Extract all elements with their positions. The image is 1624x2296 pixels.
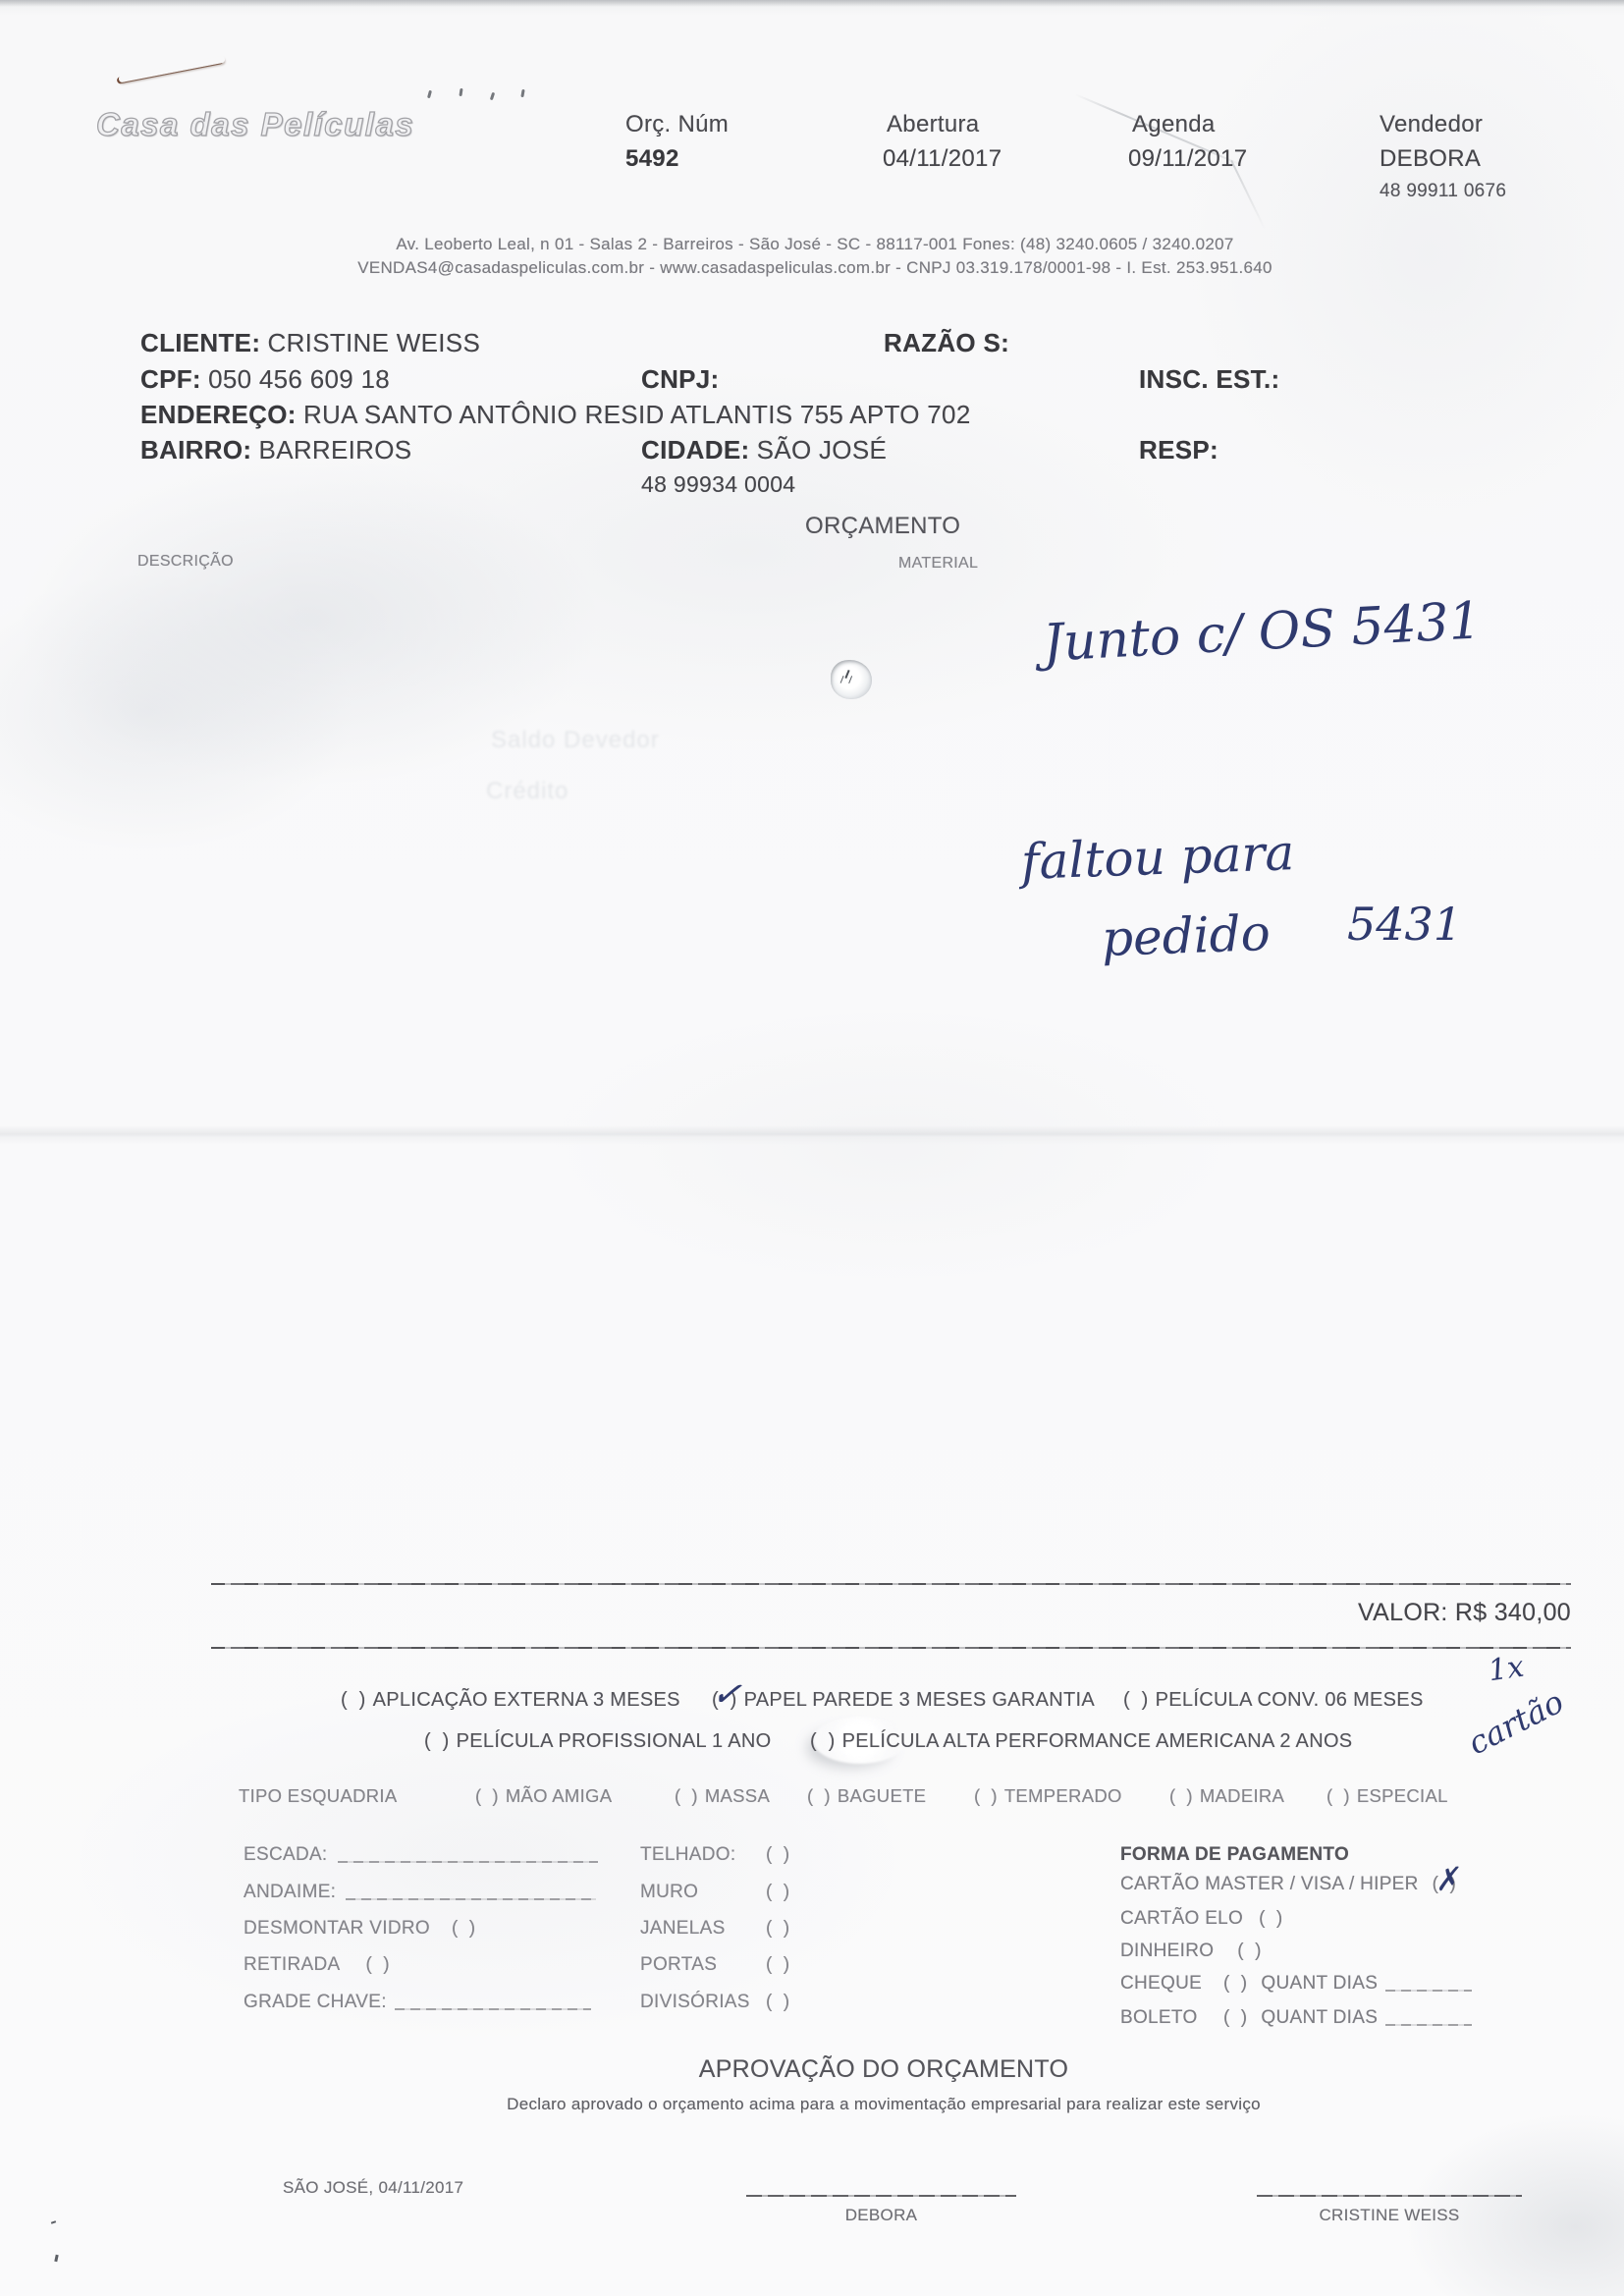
esquadria-mao-amiga: ( )MÃO AMIGA	[475, 1785, 612, 1806]
quant-dias-label: QUANT DIAS	[1261, 2007, 1378, 2029]
boleto-label: BOLETO	[1120, 2007, 1223, 2029]
esquadria-label: TEMPERADO	[1004, 1785, 1122, 1806]
staple-hole-mark	[427, 90, 432, 99]
form-desmontar-vidro: DESMONTAR VIDRO ( )	[244, 1918, 475, 1940]
agenda-value: 09/11/2017	[1128, 145, 1247, 173]
esquadria-especial: ( )ESPECIAL	[1326, 1785, 1448, 1806]
endereco-value: RUA SANTO ANTÔNIO RESID ATLANTIS 755 APT…	[303, 400, 971, 429]
form-retirada: RETIRADA ( )	[244, 1954, 390, 1976]
orcamento-title: ORÇAMENTO	[805, 513, 960, 540]
janelas-label: JANELAS	[640, 1918, 766, 1940]
checkbox: ( )	[675, 1785, 698, 1806]
checkbox: ( )	[766, 1844, 789, 1866]
valor-total: VALOR: R$ 340,00	[982, 1599, 1571, 1627]
handwritten-note-faltou: faltou para	[1020, 828, 1295, 887]
paper-speck	[54, 2255, 58, 2262]
agenda-label: Agenda	[1132, 111, 1216, 138]
dinheiro-label: DINHEIRO	[1120, 1941, 1214, 1962]
cpf-value: 050 456 609 18	[208, 364, 390, 394]
esquadria-label: MADEIRA	[1200, 1785, 1284, 1806]
option-label: APLICAÇÃO EXTERNA 3 MESES	[373, 1689, 680, 1712]
staple-hole-mark	[520, 89, 524, 97]
staple-hole-mark	[490, 92, 495, 101]
option-pelicula-alta-performance: ( ) PELÍCULA ALTA PERFORMANCE AMERICANA …	[810, 1730, 1352, 1753]
bairro-value: BARREIROS	[259, 435, 412, 465]
signature-line-vendedor	[746, 2195, 1016, 2197]
checkbox: ( )	[974, 1785, 998, 1806]
scanned-budget-document: Casa das Películas Orç. Núm 5492 Abertur…	[0, 0, 1624, 2296]
signature-name-vendedor: DEBORA	[746, 2206, 1016, 2225]
cliente-label: CLIENTE:	[140, 328, 260, 357]
signature-name-cliente: CRISTINE WEISS	[1257, 2206, 1522, 2225]
esquadria-label: MASSA	[705, 1785, 770, 1806]
option-label: PAPEL PAREDE 3 MESES GARANTIA	[744, 1689, 1095, 1712]
esquadria-label: ESPECIAL	[1357, 1785, 1448, 1806]
checkbox: ( )	[810, 1730, 836, 1753]
quant-dias-label: QUANT DIAS	[1261, 1973, 1378, 1995]
checkbox: ( )	[424, 1730, 450, 1753]
option-label: PELÍCULA ALTA PERFORMANCE AMERICANA 2 AN…	[842, 1730, 1353, 1753]
client-bairro-field: BAIRRO: BARREIROS	[140, 436, 411, 465]
cidade-value: SÃO JOSÉ	[757, 435, 887, 465]
paper-fold-line	[0, 1125, 1624, 1145]
form-janelas: JANELAS ( )	[640, 1918, 789, 1940]
abertura-value: 04/11/2017	[883, 145, 1001, 173]
checkbox: ( )	[766, 1954, 789, 1976]
form-divisorias: DIVISÓRIAS ( )	[640, 1992, 789, 2013]
handwritten-note-order-number: 5431	[1347, 902, 1462, 947]
quant-dias-blank-line	[1385, 1990, 1472, 1992]
endereco-label: ENDEREÇO:	[140, 400, 297, 429]
option-aplicacao-externa: ( ) APLICAÇÃO EXTERNA 3 MESES	[341, 1689, 680, 1712]
form-grade-chave: GRADE CHAVE:	[244, 1992, 591, 2013]
checkbox: ( )	[1237, 1941, 1261, 1962]
payment-cheque: CHEQUE ( ) QUANT DIAS	[1120, 1973, 1472, 1995]
esquadria-massa: ( )MASSA	[675, 1785, 770, 1806]
handwritten-note-pedido: pedido	[1101, 908, 1271, 963]
cnpj-label: CNPJ:	[641, 365, 720, 395]
payment-cartao-master: CARTÃO MASTER / VISA / HIPER ( )✗	[1120, 1874, 1456, 1895]
payment-dinheiro: DINHEIRO ( )	[1120, 1941, 1262, 1962]
checkbox: ( )	[1326, 1785, 1350, 1806]
cpf-label: CPF:	[140, 364, 201, 394]
client-address-field: ENDEREÇO: RUA SANTO ANTÔNIO RESID ATLANT…	[140, 401, 971, 430]
esquadria-temperado: ( )TEMPERADO	[974, 1785, 1122, 1806]
insc-est-label: INSC. EST.:	[1139, 365, 1279, 395]
cartao-elo-label: CARTÃO ELO	[1120, 1908, 1243, 1930]
paper-top-edge-shadow	[0, 0, 1624, 7]
checkbox: ( )	[452, 1918, 475, 1940]
andaime-blank-line	[346, 1898, 596, 1900]
material-column-header: MATERIAL	[898, 555, 978, 573]
client-cpf-field: CPF: 050 456 609 18	[140, 365, 390, 395]
abertura-label: Abertura	[887, 111, 979, 138]
razao-label: RAZÃO S:	[884, 329, 1009, 358]
andaime-label: ANDAIME:	[244, 1882, 336, 1903]
descricao-column-header: DESCRIÇÃO	[137, 553, 234, 571]
portas-label: PORTAS	[640, 1954, 766, 1976]
option-label: PELÍCULA PROFISSIONAL 1 ANO	[457, 1730, 772, 1753]
checkbox-marked: ( )✗	[1433, 1874, 1456, 1895]
ghost-text-credito: Crédito	[486, 778, 568, 805]
muro-label: MURO	[640, 1882, 766, 1903]
esquadria-baguete: ( )BAGUETE	[807, 1785, 926, 1806]
checkbox: ( )	[766, 1992, 789, 2013]
client-phone: 48 99934 0004	[641, 471, 795, 497]
checkbox: ( )	[475, 1785, 499, 1806]
cartao-master-label: CARTÃO MASTER / VISA / HIPER	[1120, 1874, 1419, 1895]
esquadria-label: BAGUETE	[838, 1785, 927, 1806]
grade-chave-label: GRADE CHAVE:	[244, 1992, 387, 2013]
telhado-label: TELHADO:	[640, 1844, 766, 1866]
form-telhado: TELHADO: ( )	[640, 1844, 789, 1866]
horizontal-rule-top	[211, 1583, 1571, 1585]
grade-chave-blank-line	[395, 2008, 591, 2010]
escada-blank-line	[338, 1861, 598, 1863]
option-pelicula-conv: ( ) PELÍCULA CONV. 06 MESES	[1123, 1689, 1424, 1712]
form-andaime: ANDAIME:	[244, 1882, 596, 1903]
paper-speck	[51, 2220, 56, 2224]
aprovacao-title: APROVAÇÃO DO ORÇAMENTO	[393, 2055, 1375, 2084]
checkbox: ( )	[1169, 1785, 1193, 1806]
city-date: SÃO JOSÉ, 04/11/2017	[283, 2178, 463, 2198]
esquadria-madeira: ( )MADEIRA	[1169, 1785, 1284, 1806]
horizontal-rule-bottom	[211, 1647, 1571, 1649]
tipo-esquadria-label: TIPO ESQUADRIA	[239, 1785, 397, 1806]
form-muro: MURO ( )	[640, 1882, 789, 1903]
handwritten-qty: 1x	[1487, 1653, 1526, 1687]
esquadria-label: MÃO AMIGA	[506, 1785, 613, 1806]
option-label: PELÍCULA CONV. 06 MESES	[1156, 1689, 1424, 1712]
checkbox: ( )	[766, 1918, 789, 1940]
vendedor-value: DEBORA	[1380, 145, 1481, 173]
checkbox: ( )	[1123, 1689, 1149, 1712]
cheque-label: CHEQUE	[1120, 1973, 1223, 1995]
escada-label: ESCADA:	[244, 1844, 328, 1866]
signature-line-cliente	[1257, 2195, 1522, 2197]
checkbox: ( )	[1223, 2007, 1247, 2029]
bairro-label: BAIRRO:	[140, 435, 251, 465]
payment-cartao-elo: CARTÃO ELO ( )	[1120, 1908, 1283, 1930]
checkbox: ( )	[807, 1785, 831, 1806]
staple-hole-mark	[459, 88, 462, 96]
resp-label: RESP:	[1139, 436, 1218, 465]
vendedor-label: Vendedor	[1380, 111, 1483, 138]
company-address-line2: VENDAS4@casadaspeliculas.com.br - www.ca…	[177, 258, 1453, 278]
option-pelicula-profissional: ( ) PELÍCULA PROFISSIONAL 1 ANO	[424, 1730, 771, 1753]
checkbox-checked: ( )✓	[712, 1689, 737, 1712]
orc-num-value: 5492	[625, 145, 679, 173]
aprovacao-declaration: Declaro aprovado o orçamento acima para …	[393, 2095, 1375, 2114]
cliente-value: CRISTINE WEISS	[268, 328, 481, 357]
checkbox: ( )	[341, 1689, 366, 1712]
ghost-text-saldo: Saldo Devedor	[491, 727, 660, 754]
staple	[118, 56, 225, 83]
checkbox: ( )	[365, 1954, 389, 1976]
retirada-label: RETIRADA	[244, 1954, 340, 1976]
payment-boleto: BOLETO ( ) QUANT DIAS	[1120, 2007, 1472, 2029]
handwritten-cartao: cartão	[1463, 1685, 1568, 1760]
company-logo: Casa das Películas	[96, 106, 414, 143]
cidade-label: CIDADE:	[641, 435, 749, 465]
checkbox: ( )	[1223, 1973, 1247, 1995]
handwritten-xmark: ✗	[1433, 1864, 1461, 1896]
client-name-field: CLIENTE: CRISTINE WEISS	[140, 329, 480, 358]
paper-hole	[831, 660, 872, 699]
option-papel-parede: ( )✓ PAPEL PAREDE 3 MESES GARANTIA	[712, 1689, 1095, 1712]
client-cidade-field: CIDADE: SÃO JOSÉ	[641, 436, 887, 465]
vendedor-phone: 48 99911 0676	[1380, 181, 1506, 202]
checkbox: ( )	[766, 1882, 789, 1903]
company-address-line1: Av. Leoberto Leal, n 01 - Salas 2 - Barr…	[177, 235, 1453, 254]
form-portas: PORTAS ( )	[640, 1954, 789, 1976]
orc-num-label: Orç. Núm	[625, 111, 729, 138]
form-escada: ESCADA:	[244, 1844, 598, 1866]
quant-dias-blank-line	[1385, 2024, 1472, 2026]
handwritten-checkmark: ✓	[710, 1676, 743, 1715]
desmontar-vidro-label: DESMONTAR VIDRO	[244, 1918, 430, 1940]
handwritten-note-junto-os: Junto c/ OS 5431	[1042, 595, 1483, 669]
checkbox: ( )	[1259, 1908, 1282, 1930]
divisorias-label: DIVISÓRIAS	[640, 1992, 766, 2013]
forma-pagamento-heading: FORMA DE PAGAMENTO	[1120, 1844, 1349, 1866]
